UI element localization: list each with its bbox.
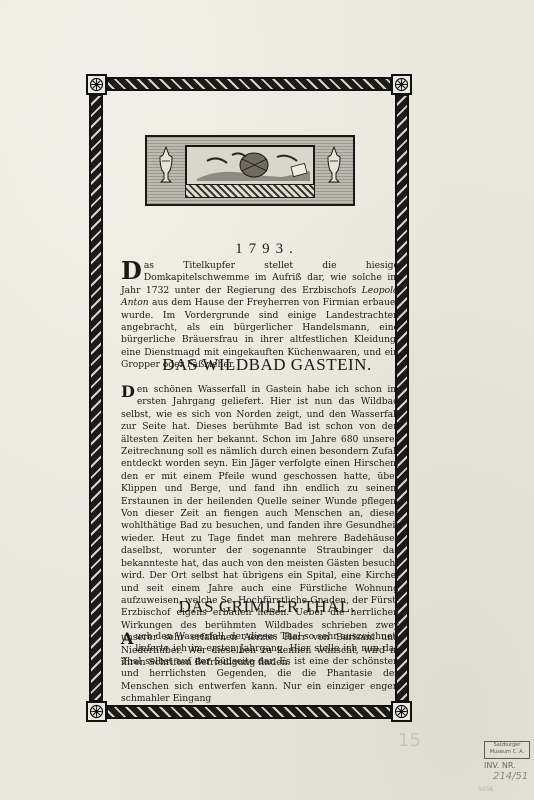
rosette-icon bbox=[86, 701, 107, 722]
inventory-label: INV. NR. bbox=[484, 761, 516, 770]
section-paragraph-wildbad-gastein: Den schönen Wasserfall in Gastein habe i… bbox=[121, 384, 399, 669]
rosette-icon bbox=[391, 74, 412, 95]
pencil-mark: 15 bbox=[398, 730, 421, 751]
urn-icon bbox=[156, 145, 176, 185]
vignette-guilloche-band bbox=[185, 184, 315, 198]
drop-cap: D bbox=[121, 261, 142, 281]
inventory-number: 214/51 bbox=[493, 771, 528, 782]
rosette-icon bbox=[86, 74, 107, 95]
border-bottom-guilloche bbox=[106, 705, 392, 719]
engraved-vignette bbox=[145, 135, 355, 206]
section-heading-grimler-thal: DAS GRIMLER THAL. bbox=[0, 597, 534, 617]
trophy-still-life-icon bbox=[192, 149, 317, 183]
section-paragraph-grimler-thal: Auch den Wasserfall, der dieses Thal so … bbox=[121, 631, 399, 705]
border-top-guilloche bbox=[106, 77, 392, 91]
pencil-mark-small: 5056 bbox=[478, 786, 493, 793]
year-heading: 1793. bbox=[0, 241, 534, 258]
drop-cap: A bbox=[121, 632, 133, 646]
section-heading-wildbad-gastein: DAS WILDBAD GASTEIN. bbox=[0, 355, 534, 375]
urn-icon bbox=[324, 145, 344, 185]
museum-stamp: Salzburger Museum C. A. bbox=[484, 741, 530, 759]
drop-cap: D bbox=[121, 385, 135, 399]
